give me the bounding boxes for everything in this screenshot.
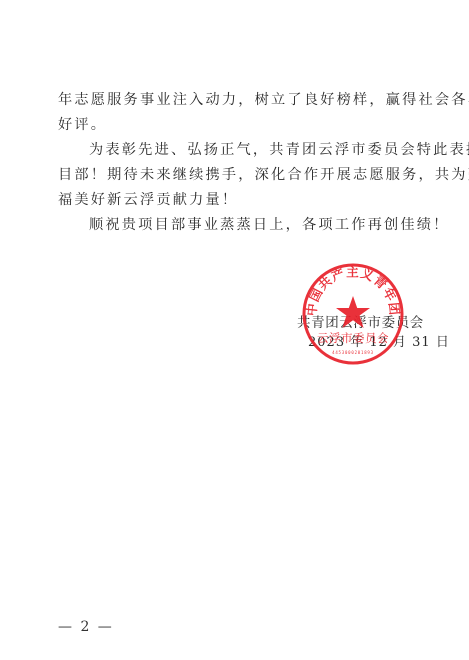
body-line: 好评。: [58, 113, 414, 138]
official-seal-icon: 中国共产主义青年团 云浮市委员会 4453000201893: [301, 262, 405, 366]
body-line: 福美好新云浮贡献力量！: [58, 188, 414, 213]
body-line: 目部！期待未来继续携手，深化合作开展志愿服务，共为建设幸: [58, 163, 414, 188]
body-line: 顺祝贵项目部事业蒸蒸日上，各项工作再创佳绩！: [58, 213, 414, 238]
svg-text:云浮市委员会: 云浮市委员会: [317, 331, 389, 345]
letter-body: 年志愿服务事业注入动力，树立了良好榜样，赢得社会各界广泛 好评。 为表彰先进、弘…: [58, 88, 414, 238]
body-line: 年志愿服务事业注入动力，树立了良好榜样，赢得社会各界广泛: [58, 88, 414, 113]
document-page: 年志愿服务事业注入动力，树立了良好榜样，赢得社会各界广泛 好评。 为表彰先进、弘…: [0, 0, 469, 660]
svg-text:4453000201893: 4453000201893: [332, 350, 374, 355]
page-number: — 2 —: [58, 619, 114, 635]
body-line: 为表彰先进、弘扬正气，共青团云浮市委员会特此表扬贵项: [58, 138, 414, 163]
